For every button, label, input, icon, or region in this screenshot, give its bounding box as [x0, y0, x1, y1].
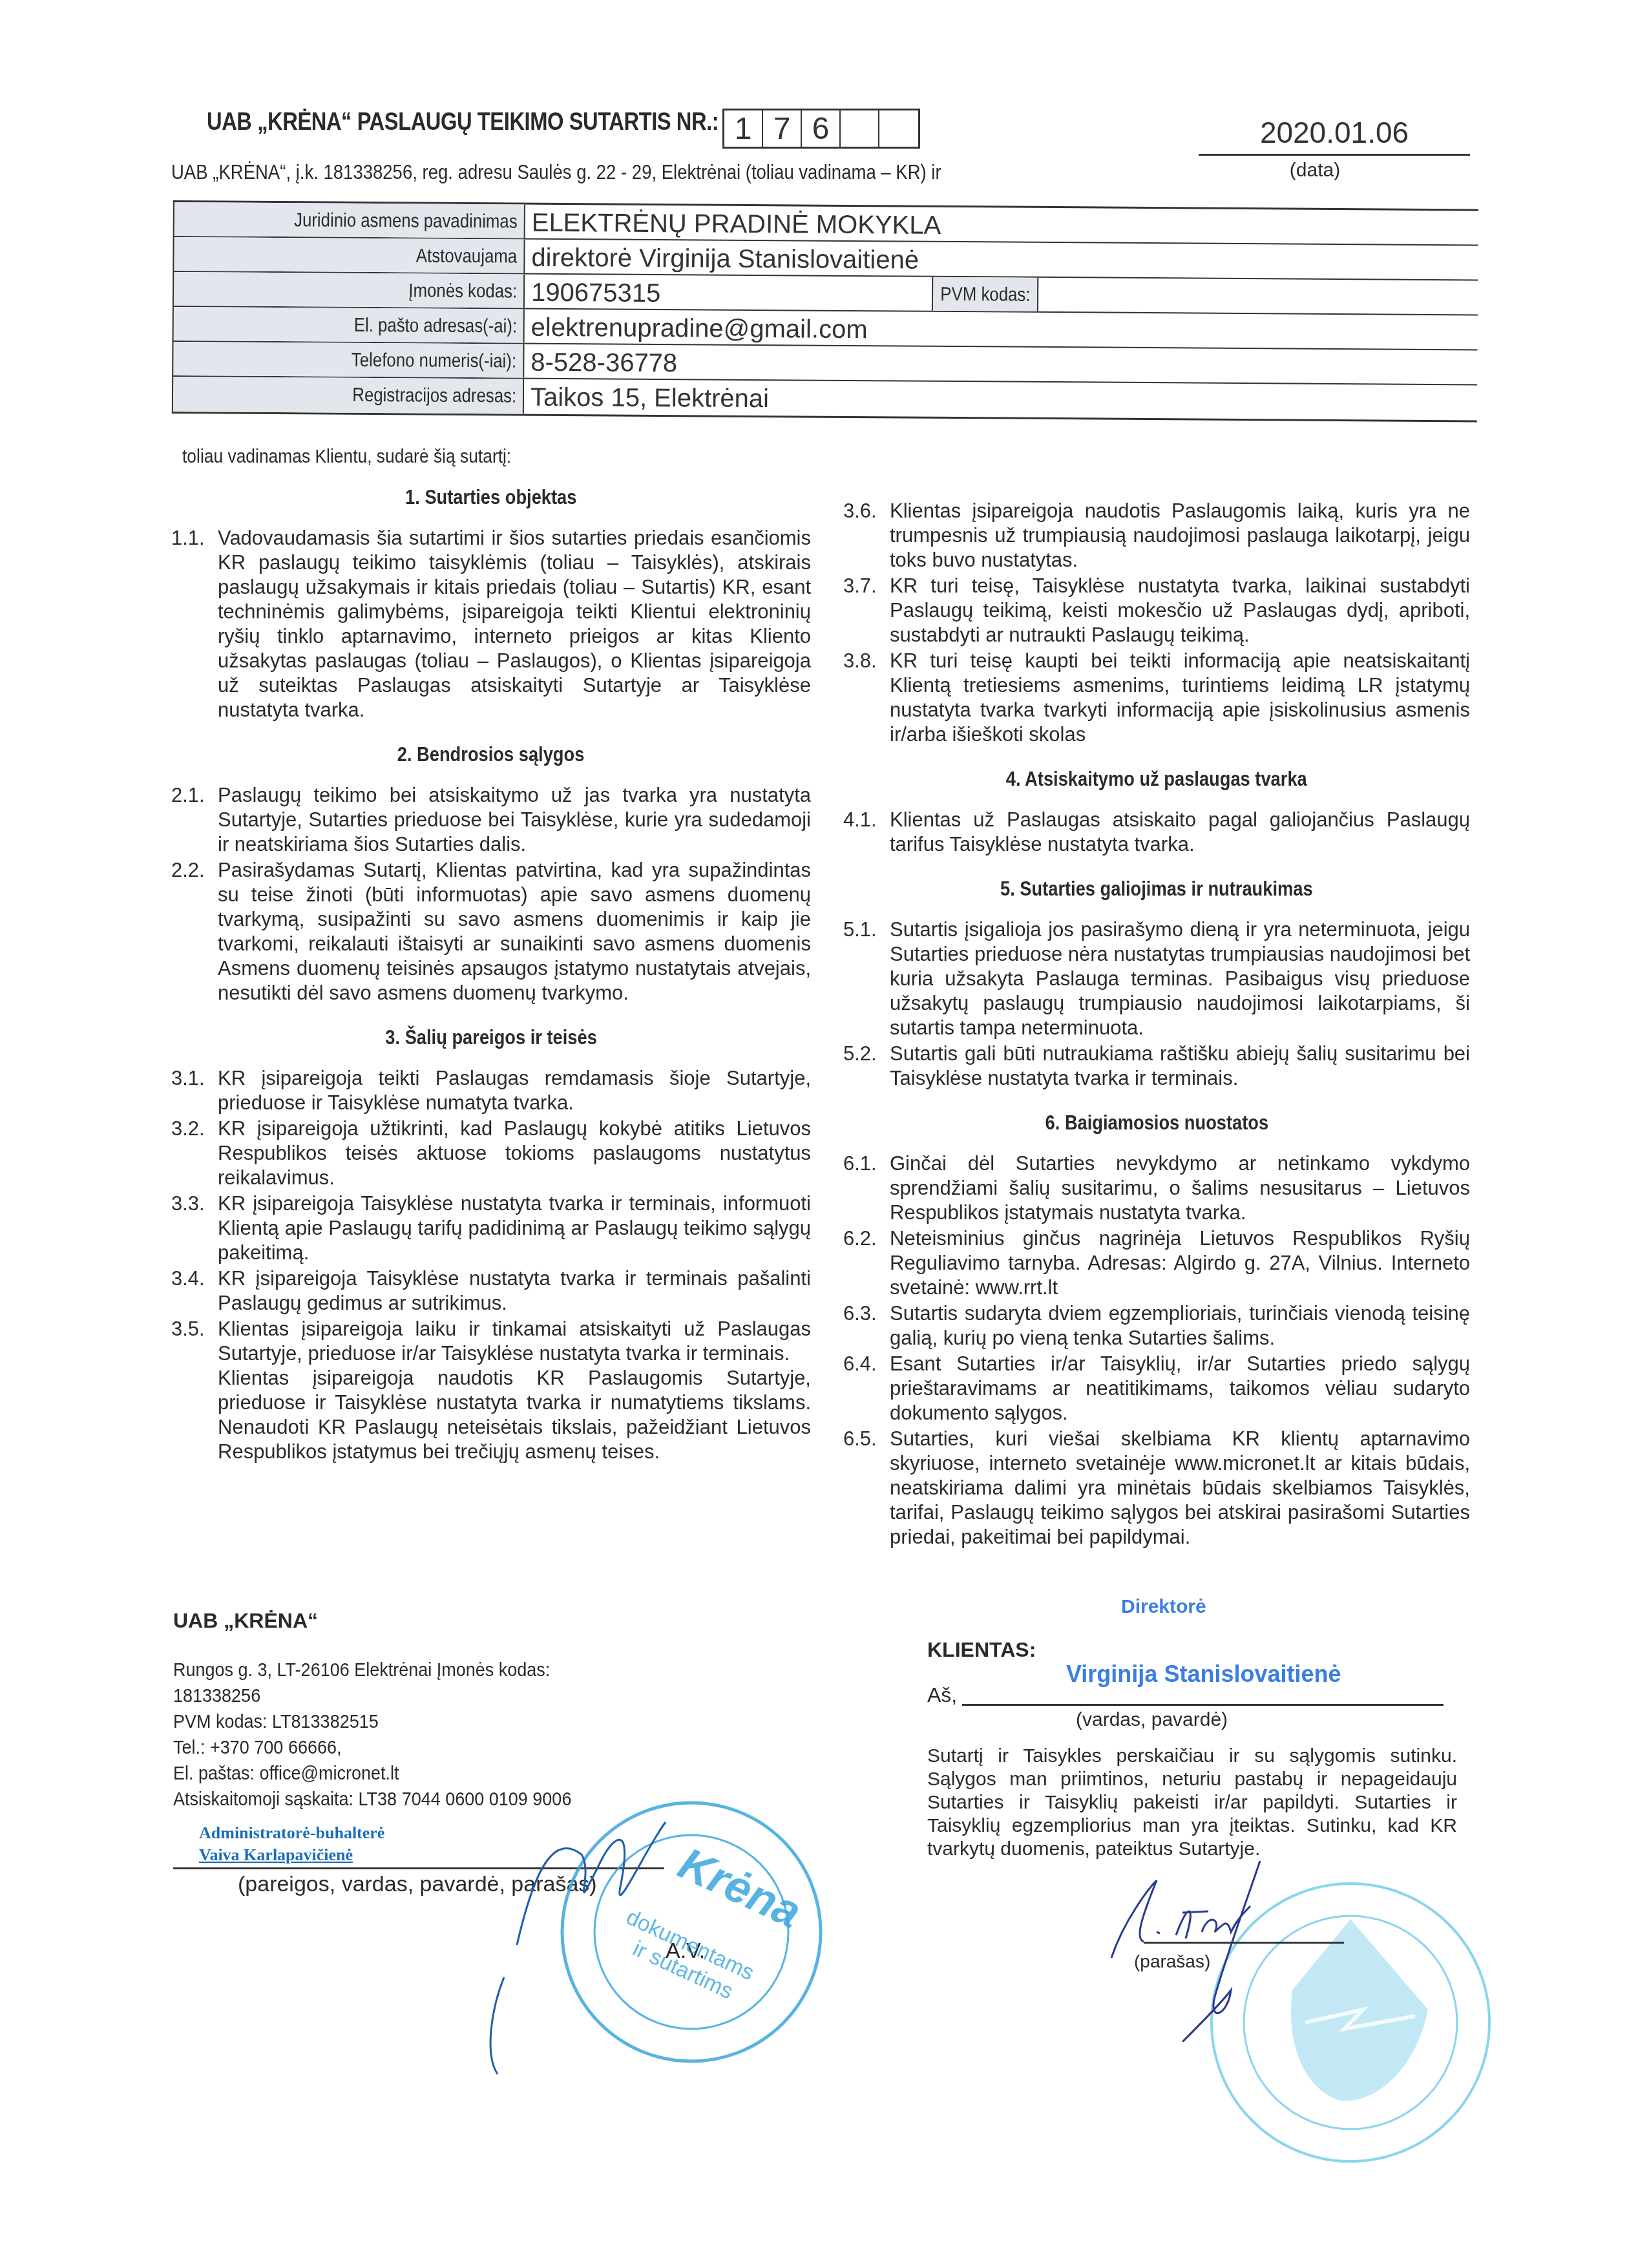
- clause-text: Sutarties, kuri viešai skelbiama KR klie…: [890, 1427, 1470, 1549]
- clause-text: Klientas įsipareigoja naudotis Paslaugom…: [890, 499, 1470, 572]
- contract-number-boxes: 1 7 6: [722, 109, 920, 149]
- clause-number: 6.1.: [843, 1151, 890, 1225]
- contract-number-digit: 1: [724, 110, 763, 147]
- clause-text: Sutartis sudaryta dviem egzemplioriais, …: [890, 1301, 1470, 1350]
- clause: 3.5. Klientas įsipareigoja laiku ir tink…: [171, 1317, 811, 1464]
- contract-title-row: UAB „KRĖNA“ PASLAUGŲ TEIKIMO SUTARTIS NR…: [207, 109, 802, 136]
- right-column: 3.6. Klientas įsipareigoja naudotis Pasl…: [843, 499, 1470, 1551]
- clause-text: Vadovaudamasis šia sutartimi ir šios sut…: [218, 526, 811, 722]
- clause: 2.1. Paslaugų teikimo bei atsiskaitymo u…: [171, 783, 811, 857]
- contract-number-digit: [879, 110, 918, 147]
- name-underline: [962, 1704, 1444, 1706]
- clause-text: Pasirašydamas Sutartį, Klientas patvirti…: [218, 858, 811, 1005]
- clause-text: Ginčai dėl Sutarties nevykdymo ar netink…: [890, 1151, 1470, 1225]
- clause: 5.2. Sutartis gali būti nutraukiama rašt…: [843, 1042, 1470, 1091]
- clause-number: 3.1.: [171, 1066, 218, 1115]
- clause: 3.6. Klientas įsipareigoja naudotis Pasl…: [843, 499, 1470, 572]
- client-signature-caption: (parašas): [1134, 1951, 1210, 1972]
- clause-number: 6.4.: [843, 1352, 890, 1425]
- clause: 1.1. Vadovaudamasis šia sutartimi ir šio…: [171, 526, 811, 722]
- clause-number: 6.5.: [843, 1427, 890, 1549]
- clause-number: 3.2.: [171, 1117, 218, 1190]
- field-label: Registracijos adresas:: [172, 377, 524, 414]
- clause: 3.1. KR įsipareigoja teikti Paslaugas re…: [171, 1066, 811, 1115]
- date-underline: [1199, 154, 1470, 156]
- clause-number: 3.7.: [843, 574, 890, 647]
- clause: 4.1. Klientas už Paslaugas atsiskaito pa…: [843, 808, 1470, 857]
- provider-address: Rungos g. 3, LT-26106 Elektrėnai Įmonės …: [173, 1657, 638, 1683]
- client-details-table: Juridinio asmens pavadinimas ELEKTRĖNŲ P…: [172, 200, 1478, 422]
- client-stamp-icon: [1208, 1861, 1544, 2197]
- section-heading: 4. Atsiskaitymo už paslaugas tvarka: [843, 768, 1470, 791]
- clause: 3.8. KR turi teisę kaupti bei teikti inf…: [843, 649, 1470, 747]
- contract-number-digit: 6: [802, 110, 841, 147]
- as-label: Aš,: [927, 1683, 957, 1707]
- clause-number: 6.2.: [843, 1226, 890, 1300]
- provider-bank-account: Atsiskaitomoji sąskaita: LT38 7044 0600 …: [173, 1787, 638, 1812]
- date-label: (data): [1199, 160, 1431, 182]
- provider-email: El. paštas: office@micronet.lt: [173, 1761, 638, 1787]
- client-reference-text: toliau vadinamas Klientu, sudarė šią sut…: [182, 446, 511, 468]
- clause: 6.3. Sutartis sudaryta dviem egzempliori…: [843, 1301, 1470, 1350]
- clause-text: Klientas įsipareigoja laiku ir tinkamai …: [218, 1317, 811, 1464]
- name-caption: (vardas, pavardė): [1076, 1709, 1228, 1731]
- section-heading: 1. Sutarties objektas: [171, 486, 811, 509]
- clause-number: 1.1.: [171, 526, 218, 722]
- company-code-value: 190675315: [525, 275, 932, 311]
- clause-text: KR turi teisę, Taisyklėse nustatyta tvar…: [890, 574, 1470, 647]
- clause-text: Sutartis gali būti nutraukiama raštišku …: [890, 1042, 1470, 1091]
- provider-signature-block: Administratorė-buhalterė Vaiva Karlapavi…: [173, 1822, 671, 1897]
- clause-number: 5.2.: [843, 1042, 890, 1091]
- svg-text:Krėna: Krėna: [671, 1838, 809, 1938]
- provider-company-code: 181338256: [173, 1683, 638, 1709]
- clause-number: 5.1.: [843, 918, 890, 1040]
- clause: 5.1. Sutartis įsigalioja jos pasirašymo …: [843, 918, 1470, 1040]
- seal-place-label: A.V.: [666, 1938, 705, 1964]
- position-stamp: Administratorė-buhalterė: [199, 1822, 671, 1844]
- consent-text: Sutartį ir Taisykles perskaičiau ir su s…: [927, 1745, 1457, 1861]
- clause-text: KR įsipareigoja Taisyklėse nustatyta tva…: [218, 1266, 811, 1316]
- field-label: Telefono numeris(-iai):: [172, 342, 524, 378]
- name-stamp: Vaiva Karlapavičienė: [199, 1844, 671, 1866]
- phone-value: 8-528-36778: [524, 344, 1477, 384]
- clause: 6.1. Ginčai dėl Sutarties nevykdymo ar n…: [843, 1151, 1470, 1225]
- clause-number: 3.6.: [843, 499, 890, 572]
- intro-line: UAB „KRĖNA“, į.k. 181338256, reg. adresu…: [171, 160, 941, 184]
- section-heading: 3. Šalių pareigos ir teisės: [171, 1026, 811, 1049]
- contract-page: UAB „KRĖNA“ PASLAUGŲ TEIKIMO SUTARTIS NR…: [0, 0, 1649, 2268]
- field-label: Juridinio asmens pavadinimas: [173, 202, 525, 238]
- contract-number-digit: 7: [763, 110, 802, 147]
- vat-code-value: [1038, 278, 1478, 315]
- signature-caption: (pareigos, vardas, pavardė, parašas): [238, 1872, 671, 1897]
- field-label: Įmonės kodas:: [173, 272, 525, 308]
- clause-number: 3.5.: [171, 1317, 218, 1464]
- section-heading: 5. Sutarties galiojimas ir nutraukimas: [843, 877, 1470, 901]
- clause-text: KR įsipareigoja Taisyklėse nustatyta tva…: [218, 1192, 811, 1265]
- clause-number: 2.1.: [171, 783, 218, 857]
- client-name-line: Aš,: [927, 1683, 1444, 1707]
- date-block: 2020.01.06 (data): [1199, 115, 1470, 182]
- clause-number: 2.2.: [171, 858, 218, 1005]
- clause-text: Klientas už Paslaugas atsiskaito pagal g…: [890, 808, 1470, 857]
- clause: 3.4. KR įsipareigoja Taisyklėse nustatyt…: [171, 1266, 811, 1316]
- clause-number: 3.4.: [171, 1266, 218, 1316]
- provider-phone: Tel.: +370 700 66666,: [173, 1735, 638, 1761]
- clause-number: 4.1.: [843, 808, 890, 857]
- clause: 3.2. KR įsipareigoja užtikrinti, kad Pas…: [171, 1117, 811, 1190]
- client-label: KLIENTAS:: [927, 1638, 1036, 1662]
- clause-text: KR įsipareigoja teikti Paslaugas remdama…: [218, 1066, 811, 1115]
- clause-text: Neteisminius ginčus nagrinėja Lietuvos R…: [890, 1226, 1470, 1300]
- clause-number: 6.3.: [843, 1301, 890, 1350]
- legal-entity-name-value: ELEKTRĖNŲ PRADINĖ MOKYKLA: [525, 205, 1478, 245]
- clause: 3.7. KR turi teisę, Taisyklėse nustatyta…: [843, 574, 1470, 647]
- registration-address-value: Taikos 15, Elektrėnai: [524, 379, 1477, 421]
- clause-number: 3.3.: [171, 1192, 218, 1265]
- clause: 2.2. Pasirašydamas Sutartį, Klientas pat…: [171, 858, 811, 1005]
- provider-details: UAB „KRĖNA“ Rungos g. 3, LT-26106 Elektr…: [173, 1609, 690, 1812]
- clause-number: 3.8.: [843, 649, 890, 747]
- date-value: 2020.01.06: [1199, 115, 1470, 154]
- clause-text: Sutartis įsigalioja jos pasirašymo dieną…: [890, 918, 1470, 1040]
- signature-line: [173, 1867, 664, 1869]
- section-heading: 6. Baigiamosios nuostatos: [843, 1111, 1470, 1135]
- clause: 3.3. KR įsipareigoja Taisyklėse nustatyt…: [171, 1192, 811, 1265]
- clause: 6.2. Neteisminius ginčus nagrinėja Lietu…: [843, 1226, 1470, 1300]
- client-signature-line: [1144, 1942, 1344, 1944]
- clause: 6.4. Esant Sutarties ir/ar Taisyklių, ir…: [843, 1352, 1470, 1425]
- left-column: 1. Sutarties objektas 1.1. Vadovaudamasi…: [171, 486, 811, 1465]
- field-label: El. pašto adresas(-ai):: [173, 307, 525, 343]
- provider-vat-code: PVM kodas: LT813382515: [173, 1709, 638, 1735]
- representative-value: direktorė Virginija Stanislovaitienė: [525, 240, 1478, 280]
- contract-title: UAB „KRĖNA“ PASLAUGŲ TEIKIMO SUTARTIS NR…: [207, 109, 719, 136]
- provider-name: UAB „KRĖNA“: [173, 1609, 690, 1633]
- vat-code-label: PVM kodas:: [932, 277, 1038, 311]
- clause-text: Paslaugų teikimo bei atsiskaitymo už jas…: [218, 783, 811, 857]
- clause-text: Esant Sutarties ir/ar Taisyklių, ir/ar S…: [890, 1352, 1470, 1425]
- director-stamp: Direktorė: [1121, 1596, 1206, 1618]
- clause-text: KR turi teisę kaupti bei teikti informac…: [890, 649, 1470, 747]
- section-heading: 2. Bendrosios sąlygos: [171, 743, 811, 766]
- field-label: Atstovaujama: [173, 237, 525, 273]
- email-value: elektrenupradine@gmail.com: [525, 310, 1478, 350]
- clause-text: KR įsipareigoja užtikrinti, kad Paslaugų…: [218, 1117, 811, 1190]
- contract-number-digit: [841, 110, 879, 147]
- clause: 6.5. Sutarties, kuri viešai skelbiama KR…: [843, 1427, 1470, 1549]
